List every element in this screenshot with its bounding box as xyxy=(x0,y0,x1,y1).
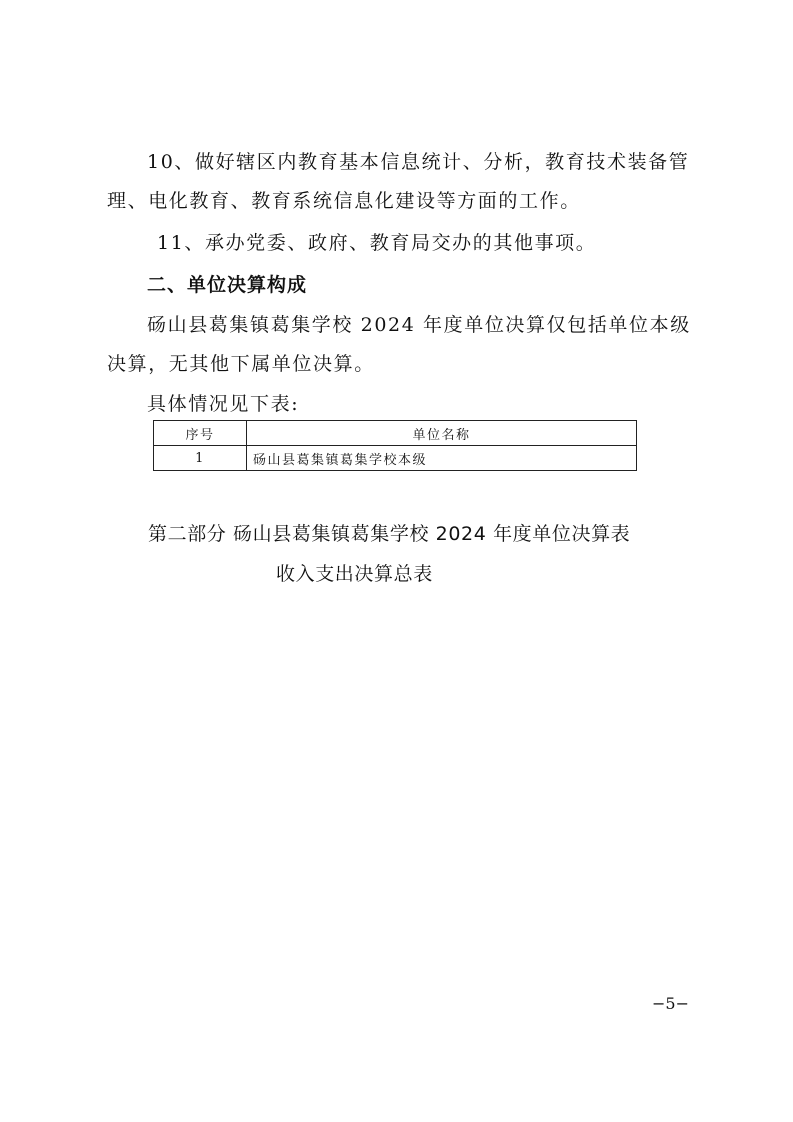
table-header-row: 序号 单位名称 xyxy=(154,421,637,446)
paragraph-item11: 11、承办党委、政府、教育局交办的其他事项。 xyxy=(157,231,596,255)
section2-body-line2: 决算，无其他下属单位决算。 xyxy=(107,352,375,376)
part2-subtitle: 收入支出决算总表 xyxy=(276,562,433,586)
table-intro: 具体情况见下表: xyxy=(147,392,299,416)
part2-title: 第二部分 砀山县葛集镇葛集学校 2024 年度单位决算表 xyxy=(148,522,630,546)
section2-body-line1: 砀山县葛集镇葛集学校 2024 年度单位决算仅包括单位本级 xyxy=(147,313,691,337)
cell-unit-name: 砀山县葛集镇葛集学校本级 xyxy=(247,446,637,471)
header-seq: 序号 xyxy=(154,421,247,446)
page-number: −5− xyxy=(652,994,689,1014)
unit-composition-table: 序号 单位名称 1 砀山县葛集镇葛集学校本级 xyxy=(153,420,637,471)
paragraph-item10-line2: 理、电化教育、教育系统信息化建设等方面的工作。 xyxy=(107,189,581,213)
section-heading-unit-composition: 二、单位决算构成 xyxy=(147,273,307,297)
header-unit-name: 单位名称 xyxy=(247,421,637,446)
table-row: 1 砀山县葛集镇葛集学校本级 xyxy=(154,446,637,471)
cell-seq: 1 xyxy=(154,446,247,471)
paragraph-item10-line1: 10、做好辖区内教育基本信息统计、分析，教育技术装备管 xyxy=(147,150,689,174)
